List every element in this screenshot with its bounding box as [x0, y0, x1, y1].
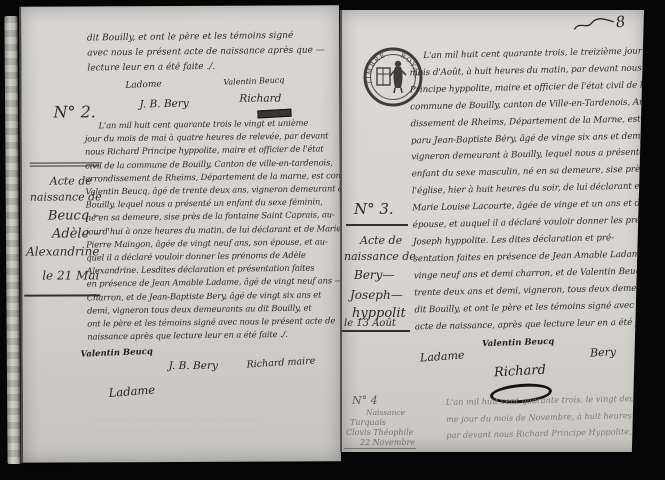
text-line: naissance après que lecture leur en a ét… — [87, 327, 341, 344]
signature-ladame: Ladame — [108, 383, 155, 400]
act2-body-text: L'an mil huit cent quarante trois le vin… — [85, 116, 342, 344]
signature-ladame: Ladame — [420, 348, 465, 364]
signature-valentin-beucq: Valentin Beucq — [223, 75, 284, 86]
book-spine-edge — [4, 16, 20, 464]
signature-jb-bery: J. B. Bery — [169, 360, 218, 372]
margin-rule — [342, 330, 410, 332]
pen-flourish — [571, 14, 617, 34]
act3-margin-title1: Acte de — [360, 234, 402, 247]
text-line: lecture leur en a été faite ./. — [87, 58, 339, 76]
signature-valentin-beucq: Valentin Beucq — [80, 347, 153, 360]
margin-rule — [346, 224, 408, 226]
folio-number-mark: 8 — [571, 12, 627, 37]
act4-margin-line2: Turquais — [350, 418, 386, 427]
text-line: par devant nous Richard Principe Hyppoli… — [446, 423, 642, 444]
signature-bery: Bery — [590, 345, 617, 359]
act4-body-text: L'an mil huit cent quarante trois, le vi… — [446, 390, 643, 444]
signature-richard-maire: Richard maire — [246, 356, 315, 371]
folio-number: 8 — [615, 12, 627, 31]
act4-margin-number: N° 4 — [352, 394, 378, 407]
left-page: dit Bouilly, et ont le père et les témoi… — [19, 5, 341, 462]
act3-margin-date: le 13 Août — [344, 318, 396, 329]
act3-margin-name2: Joseph— — [350, 288, 403, 302]
act3-margin-title2: naissance de — [344, 250, 416, 263]
scanned-register-spread: dit Bouilly, et ont le père et les témoi… — [0, 0, 665, 480]
signature-valentin-beucq: Valentin Beucq — [482, 337, 555, 350]
act3-body-text: L'an mil huit cent quarante trois, le tr… — [409, 44, 645, 336]
act4-margin-line1: Naissance — [366, 408, 405, 417]
act4-margin-line4: 22 Novembre — [360, 438, 415, 447]
margin-rule — [344, 448, 416, 449]
act1-closing-text: dit Bouilly, et ont le père et les témoi… — [87, 28, 340, 76]
signature-richard: Richard — [239, 93, 281, 105]
act3-margin-number: N° 3. — [354, 200, 394, 218]
act4-margin-line3: Clovis Théophile — [346, 428, 413, 437]
act3-margin-name1: Bery— — [354, 268, 394, 282]
right-page: 8 TIMBRE ROYAL — [340, 10, 644, 452]
signature-richard: Richard — [494, 363, 547, 381]
signature-ladome: Ladome — [125, 79, 162, 90]
signature-jb-bery: J. B. Bery — [139, 98, 189, 111]
ink-bleed-through: ⸻⸻ ⸻⸻⸻ ⸻ ⸻⸻⸻⸻⸻ ⸻⸻ ⸻⸻⸻ — [93, 413, 313, 436]
